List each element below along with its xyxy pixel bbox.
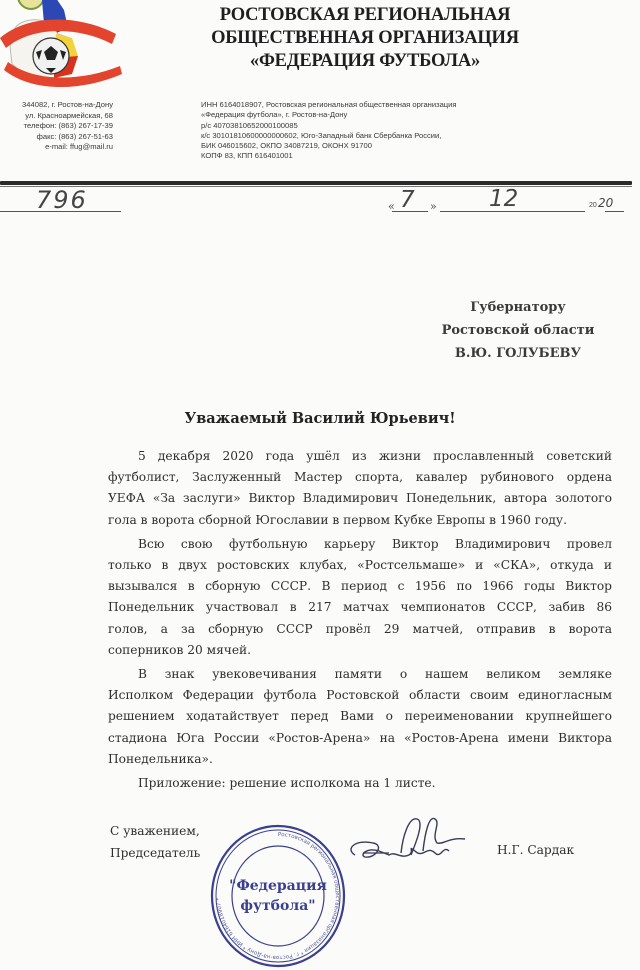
month-underline bbox=[440, 211, 585, 212]
body-line: соперников 20 мячей. bbox=[78, 640, 612, 661]
body-line: футболист, Заслуженный Мастер спорта, ка… bbox=[78, 467, 612, 488]
addressee-name: В.Ю. ГОЛУБЕВУ bbox=[428, 342, 608, 365]
bank-details-block: ИНН 6164018907, Ростовская региональная … bbox=[201, 100, 457, 162]
date-quote-close: » bbox=[430, 200, 437, 213]
signer-name: Н.Г. Сардак bbox=[497, 843, 574, 857]
body-line: Понедельник участвовал в 217 матчах чемп… bbox=[78, 597, 612, 618]
body-line: В знак увековечивания памяти о нашем вел… bbox=[78, 664, 612, 685]
closing-block: С уважением, Председатель bbox=[110, 820, 200, 864]
svg-text:Ростовская региональная общест: Ростовская региональная общественная орг… bbox=[216, 832, 340, 960]
svg-text:"Федерация: "Федерация bbox=[229, 878, 327, 894]
number-underline bbox=[0, 211, 121, 212]
contact-address-block: 344082, г. Ростов-на-Дону ул. Красноарме… bbox=[22, 100, 113, 153]
bank-line: БИК 046015602, ОКПО 34087219, ОКОНХ 9170… bbox=[201, 141, 457, 151]
header-divider-thin bbox=[0, 186, 632, 187]
email-line: e-mail: ffug@mail.ru bbox=[22, 142, 113, 153]
bank-line: «Федерация футбола», г. Ростов-на-Дону bbox=[201, 110, 457, 120]
day-underline bbox=[392, 211, 428, 212]
fax-line: факс: (863) 267-51-63 bbox=[22, 132, 113, 143]
year-underline bbox=[605, 211, 624, 212]
addressee-block: Губернатору Ростовской области В.Ю. ГОЛУ… bbox=[428, 296, 608, 365]
body-line: Исполком Федерации футбола Ростовской об… bbox=[78, 685, 612, 706]
body-line: 5 декабря 2020 года ушёл из жизни просла… bbox=[78, 446, 612, 467]
org-title-line-3: «ФЕДЕРАЦИЯ ФУТБОЛА» bbox=[200, 50, 530, 73]
organization-title: РОСТОВСКАЯ РЕГИОНАЛЬНАЯ ОБЩЕСТВЕННАЯ ОРГ… bbox=[200, 4, 530, 73]
body-line: только в двух ростовских клубах, «Ростсе… bbox=[78, 555, 612, 576]
body-line: УЕФА «За заслуги» Виктор Владимирович По… bbox=[78, 488, 612, 509]
outgoing-number: 796 bbox=[36, 186, 88, 214]
org-title-line-2: ОБЩЕСТВЕННАЯ ОРГАНИЗАЦИЯ bbox=[200, 27, 530, 50]
official-stamp-icon: Ростовская региональная общественная орг… bbox=[208, 822, 348, 970]
header-divider bbox=[0, 181, 632, 185]
address-line: ул. Красноармейская, 68 bbox=[22, 111, 113, 122]
addressee-title: Губернатору bbox=[428, 296, 608, 319]
handwritten-signature-icon bbox=[345, 815, 470, 875]
body-line: Приложение: решение исполкома на 1 листе… bbox=[78, 773, 612, 794]
letter-body: 5 декабря 2020 года ушёл из жизни просла… bbox=[78, 446, 612, 794]
body-line: Всю свою футбольную карьеру Виктор Влади… bbox=[78, 534, 612, 555]
svg-text:футбола": футбола" bbox=[240, 898, 315, 914]
org-title-line-1: РОСТОВСКАЯ РЕГИОНАЛЬНАЯ bbox=[200, 4, 530, 27]
salutation: Уважаемый Василий Юрьевич! bbox=[0, 410, 640, 427]
paragraph-2: Всю свою футбольную карьеру Виктор Влади… bbox=[78, 534, 612, 661]
address-line: 344082, г. Ростов-на-Дону bbox=[22, 100, 113, 111]
body-line: решением ходатайствует перед Вами о пере… bbox=[78, 706, 612, 727]
body-line: стадиона Юга России «Ростов-Арена» на «Р… bbox=[78, 728, 612, 749]
date-day: 7 bbox=[400, 187, 415, 213]
date-year-suffix: 20 bbox=[598, 196, 613, 210]
bank-line: КОПФ 83, КПП 616401001 bbox=[201, 151, 457, 161]
paragraph-1: 5 декабря 2020 года ушёл из жизни просла… bbox=[78, 446, 612, 531]
bank-line: р/с 40703810652000100085 bbox=[201, 121, 457, 131]
body-line: вызывался в сборную СССР. В период с 195… bbox=[78, 576, 612, 597]
bank-line: к/с 30101810600000000602, Юго-Западный б… bbox=[201, 131, 457, 141]
addressee-region: Ростовской области bbox=[428, 319, 608, 342]
letter-page: РОСТОВСКАЯ РЕГИОНАЛЬНАЯ ОБЩЕСТВЕННАЯ ОРГ… bbox=[0, 0, 640, 970]
phone-line: телефон: (863) 267-17-39 bbox=[22, 121, 113, 132]
football-federation-logo-icon bbox=[0, 0, 128, 99]
body-line: Понедельника». bbox=[78, 749, 612, 770]
date-month: 12 bbox=[489, 186, 518, 212]
attachment-note: Приложение: решение исполкома на 1 листе… bbox=[78, 773, 612, 794]
date-year-prefix: 20 bbox=[589, 202, 597, 209]
body-line: голов, а за сборную СССР провёл 29 матче… bbox=[78, 619, 612, 640]
paragraph-3: В знак увековечивания памяти о нашем вел… bbox=[78, 664, 612, 770]
signer-position: Председатель bbox=[110, 842, 200, 864]
body-line: гола в ворота сборной Югославии в первом… bbox=[78, 510, 612, 531]
closing-regards: С уважением, bbox=[110, 820, 200, 842]
bank-line: ИНН 6164018907, Ростовская региональная … bbox=[201, 100, 457, 110]
